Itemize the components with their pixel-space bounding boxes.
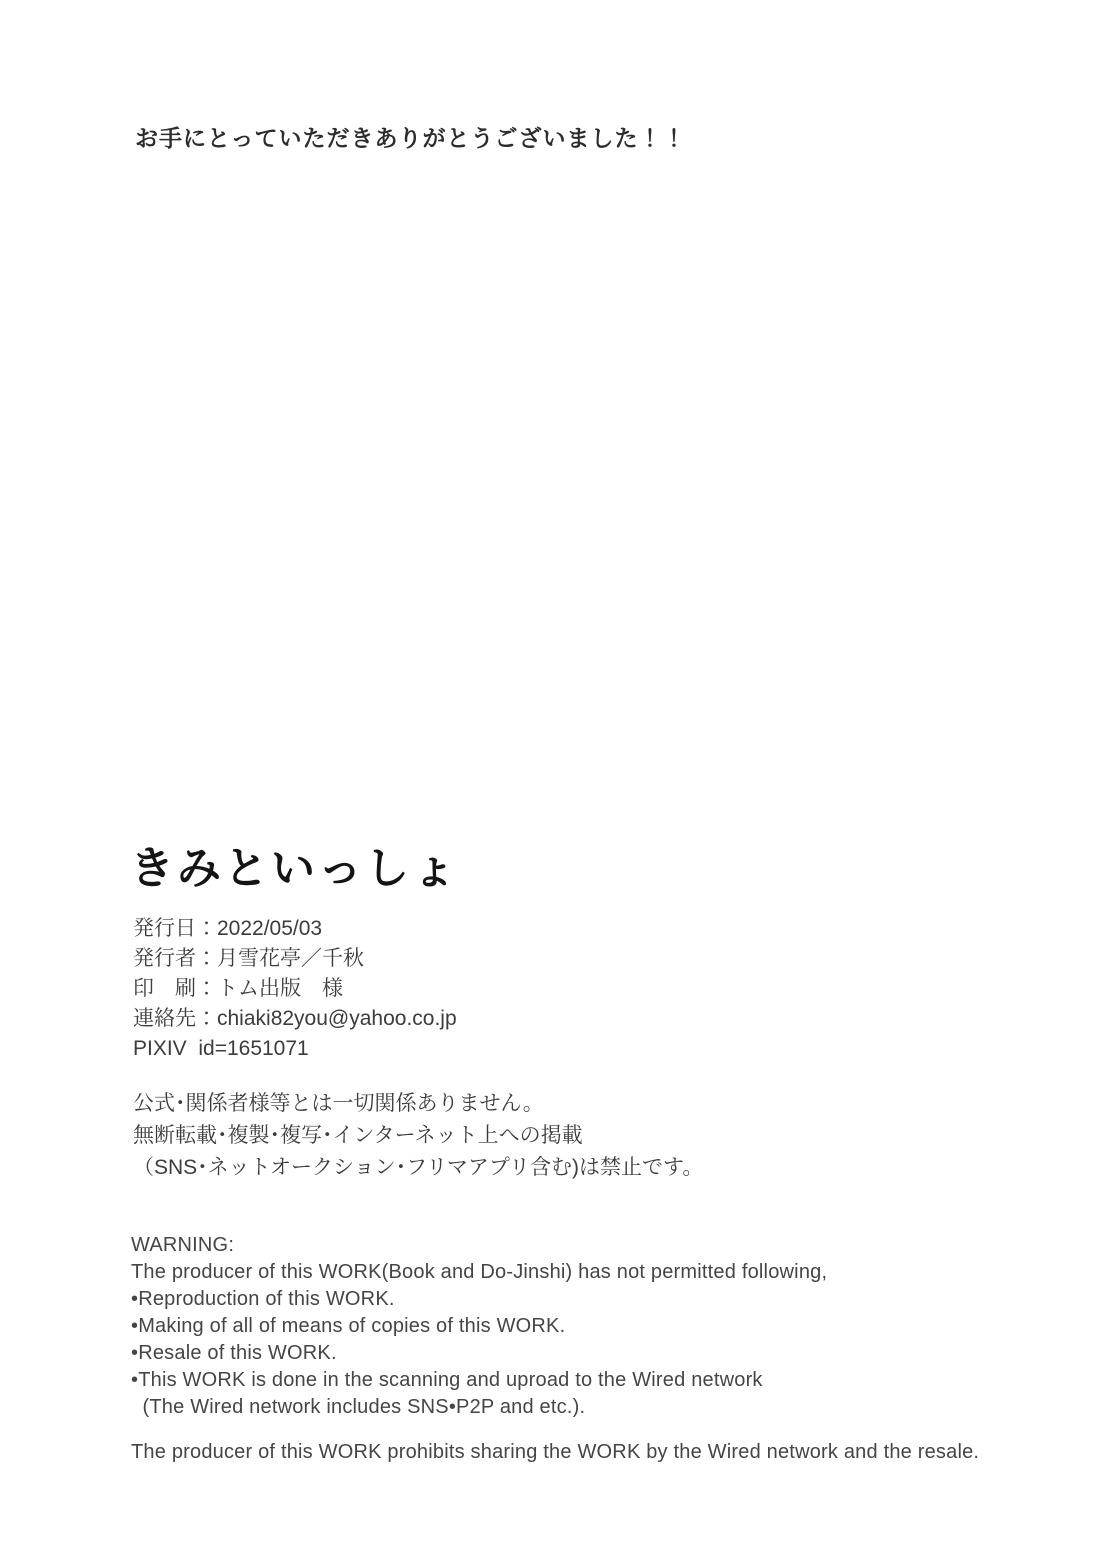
rights-notice-line: 無断転載･複製･複写･インターネット上への掲載 xyxy=(133,1120,703,1152)
thank-you-message: お手にとっていただきありがとうございました！！ xyxy=(135,120,687,153)
publisher: 発行者：月雪花亭／千秋 xyxy=(133,944,457,974)
warning-footer: The producer of this WORK prohibits shar… xyxy=(131,1441,979,1464)
warning-line: •This WORK is done in the scanning and u… xyxy=(131,1367,827,1394)
printer: 印 刷：トム出版 様 xyxy=(133,974,457,1004)
rights-notice-line: 公式･関係者様等とは一切関係ありません。 xyxy=(133,1088,703,1120)
rights-notice-line: （SNS･ネットオークション･フリマアプリ含む)は禁止です。 xyxy=(133,1152,703,1184)
book-title: きみといっしょ xyxy=(130,832,459,896)
rights-notice: 公式･関係者様等とは一切関係ありません。 無断転載･複製･複写･インターネット上… xyxy=(133,1088,703,1184)
pixiv-id: PIXIV id=1651071 xyxy=(133,1034,457,1064)
warning-line: The producer of this WORK(Book and Do-Ji… xyxy=(131,1259,827,1286)
warning-line: •Resale of this WORK. xyxy=(131,1340,827,1367)
publication-info: 発行日：2022/05/03 発行者：月雪花亭／千秋 印 刷：トム出版 様 連絡… xyxy=(133,914,457,1064)
colophon-page: お手にとっていただきありがとうございました！！ きみといっしょ 発行日：2022… xyxy=(0,0,1100,1557)
contact-email: 連絡先：chiaki82you@yahoo.co.jp xyxy=(133,1004,457,1034)
warning-line: •Making of all of means of copies of thi… xyxy=(131,1313,827,1340)
warning-line: •Reproduction of this WORK. xyxy=(131,1286,827,1313)
publication-date: 発行日：2022/05/03 xyxy=(133,914,457,944)
warning-block: WARNING: The producer of this WORK(Book … xyxy=(131,1232,827,1421)
warning-heading: WARNING: xyxy=(131,1232,827,1259)
warning-line: (The Wired network includes SNS•P2P and … xyxy=(131,1394,827,1421)
